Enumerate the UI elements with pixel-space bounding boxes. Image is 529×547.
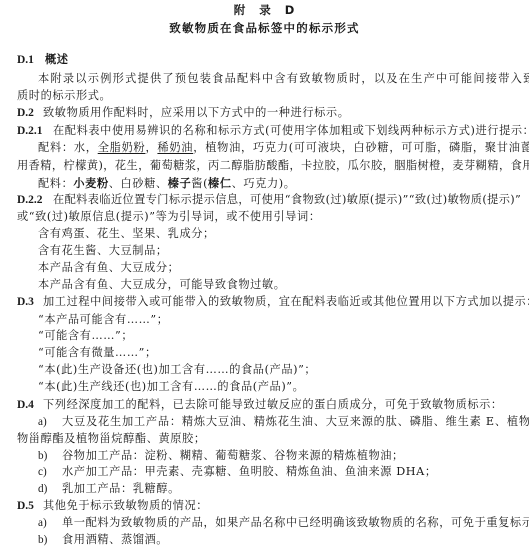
example-ingredients-1-cont: 用香精，柠檬黄)，花生，葡萄糖浆，丙二醇脂肪酸酯，卡拉胶，瓜尔胶，胭脂树橙，麦芽… (17, 158, 529, 174)
section-text: 其他免于标示致敏物质的情况： (43, 499, 208, 512)
exemption-item-d: d)乳加工产品：乳糖醇。 (38, 481, 180, 497)
item-text: 水产加工产品：甲壳素、壳寡糖、鱼明胶、精炼鱼油、鱼油来源 DHA； (62, 465, 437, 478)
exemption-item-c: c)水产加工产品：甲壳素、壳寡糖、鱼明胶、精炼鱼油、鱼油来源 DHA； (38, 464, 437, 480)
section-text: 下列经深度加工的配料，已去除可能导致过敏反应的蛋白质成分，可免于致敏物质标示： (43, 398, 503, 411)
section-d4: D.4下列经深度加工的配料，已去除可能导致过敏反应的蛋白质成分，可免于致敏物质标… (17, 397, 503, 413)
document-page: 附 录 D 致敏物质在食品标签中的标示形式 D.1概述 本附录以示例形式提供了预… (0, 0, 529, 547)
item-text: 大豆及花生加工产品：精炼大豆油、精炼花生油、大豆来源的肽、磷脂、维生素 E、植物… (62, 415, 529, 428)
section-text: 加工过程中间接带入或可能带入的致敏物质，宜在配料表临近或其他位置用以下方式加以提… (43, 295, 529, 308)
section-title: 概述 (45, 53, 69, 66)
example-ingredients-1: 配料：水，全脂奶粉，稀奶油，植物油，巧克力(可可液块，白砂糖，可可脂，磷脂，聚甘… (38, 140, 529, 156)
bold-allergen: 榛子 (168, 176, 192, 190)
section-number: D.3 (17, 294, 43, 310)
section-number: D.5 (17, 498, 43, 514)
item-marker: b) (38, 448, 62, 464)
cross-contact-example: “本(此)生产设备还(也)加工含有……的食品(产品)”； (38, 362, 316, 378)
exemption-item-b: b)谷物加工产品：淀粉、糊精、葡萄糖浆、谷物来源的精炼植物油； (38, 448, 404, 464)
bold-allergen: 榛仁 (208, 176, 232, 190)
section-text: 在配料表中使用易辨识的名称和标示方式(可使用字体加粗或下划线两种标示方式)进行提… (53, 124, 529, 137)
appendix-label: 附 录 D (0, 2, 529, 18)
underlined-allergen: 稀奶油 (157, 141, 193, 154)
allergen-statement-example: 含有花生酱、大豆制品； (38, 243, 168, 259)
section-d3: D.3加工过程中间接带入或可能带入的致敏物质，宜在配料表临近或其他位置用以下方式… (17, 294, 529, 310)
item-text: 谷物加工产品：淀粉、糊精、葡萄糖浆、谷物来源的精炼植物油； (62, 449, 404, 462)
section-d2: D.2致敏物质用作配料时，应采用以下方式中的一种进行标示。 (17, 105, 349, 121)
item-marker: d) (38, 481, 62, 497)
underlined-allergen: 全脂奶粉 (98, 141, 146, 154)
section-d2-2-cont: 或“致(过)敏原信息(提示)”等为引导词，或不使用引导词： (17, 209, 321, 225)
allergen-statement-example: 本产品含有鱼、大豆成分； (38, 260, 179, 276)
exemption-item-a-cont: 物甾醇酯及植物甾烷醇酯、黄原胶； (17, 431, 206, 447)
item-text: 食用酒精、蒸馏酒。 (62, 533, 168, 546)
other-exemption-b: b)食用酒精、蒸馏酒。 (38, 532, 168, 547)
item-marker: a) (38, 515, 62, 531)
cross-contact-example: “本产品可能含有……”； (38, 312, 169, 328)
allergen-statement-example: 含有鸡蛋、花生、坚果、乳成分； (38, 226, 215, 242)
section-d5: D.5其他免于标示致敏物质的情况： (17, 498, 208, 514)
example-ingredients-2: 配料：小麦粉、白砂糖、榛子酱(榛仁、巧克力)。 (38, 175, 296, 192)
item-text: 乳加工产品：乳糖醇。 (62, 482, 180, 495)
section-d1-heading: D.1概述 (17, 52, 69, 68)
text: 、巧克力)。 (232, 177, 296, 190)
allergen-statement-example: 本产品含有鱼、大豆成分，可能导致食物过敏。 (38, 277, 286, 293)
text: 、白砂糖、 (109, 177, 168, 190)
item-marker: c) (38, 464, 62, 480)
section-number: D.4 (17, 397, 43, 413)
section-text: 致敏物质用作配料时，应采用以下方式中的一种进行标示。 (43, 106, 349, 119)
section-d2-1: D.2.1在配料表中使用易辨识的名称和标示方式(可使用字体加粗或下划线两种标示方… (17, 123, 529, 139)
other-exemption-a: a)单一配料为致敏物质的产品，如果产品名称中已经明确该致敏物质的名称，可免于重复… (38, 515, 529, 531)
appendix-title: 致敏物质在食品标签中的标示形式 (0, 20, 529, 36)
text: ，植物油，巧克力(可可液块，白砂糖，可可脂，磷脂，聚甘油蓖麻醇酯，食 (193, 141, 529, 154)
cross-contact-example: “本(此)生产线还(也)加工含有……的食品(产品)”。 (38, 379, 304, 395)
section-number: D.1 (17, 52, 45, 68)
paragraph-line: 本附录以示例形式提供了预包装食品配料中含有致敏物质时，以及在生产中可能间接带入致… (38, 71, 529, 87)
item-text: 单一配料为致敏物质的产品，如果产品名称中已经明确该致敏物质的名称，可免于重复标示… (62, 516, 529, 529)
text: 酱( (191, 177, 208, 190)
section-d2-2: D.2.2在配料表临近位置专门标示提示信息，可使用“食物致(过)敏原(提示)”“… (17, 192, 521, 208)
section-text: 在配料表临近位置专门标示提示信息，可使用“食物致(过)敏原(提示)”“致(过)敏… (53, 193, 521, 206)
item-marker: b) (38, 532, 62, 547)
text: 配料：水， (38, 141, 98, 154)
bold-allergen: 小麦粉 (73, 176, 108, 190)
item-marker: a) (38, 414, 62, 430)
section-number: D.2 (17, 105, 43, 121)
exemption-item-a: a)大豆及花生加工产品：精炼大豆油、精炼花生油、大豆来源的肽、磷脂、维生素 E、… (38, 414, 529, 430)
text: 配料： (38, 177, 73, 190)
section-number: D.2.1 (17, 123, 53, 139)
section-number: D.2.2 (17, 192, 53, 208)
paragraph-line: 质时的标示形式。 (17, 88, 111, 104)
text: ， (145, 141, 157, 154)
cross-contact-example: “可能含有……”； (38, 328, 133, 344)
cross-contact-example: “可能含有微量……”； (38, 345, 157, 361)
